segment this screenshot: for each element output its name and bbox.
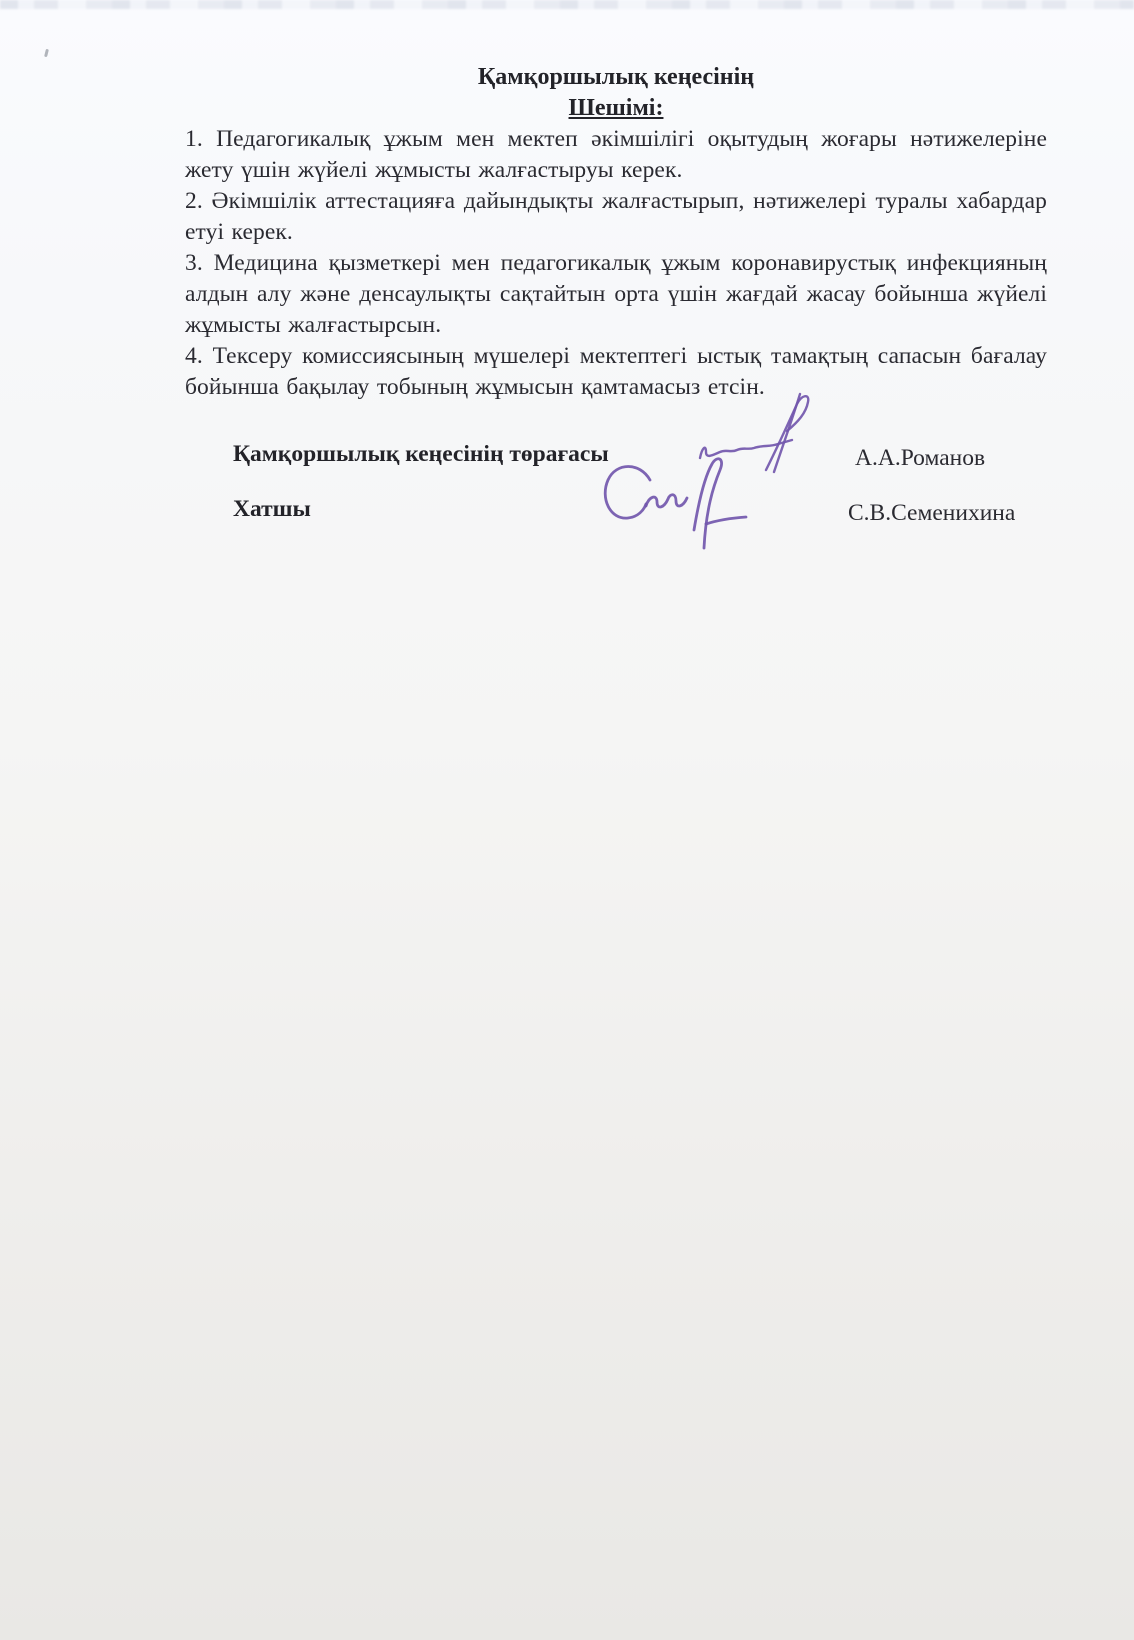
chairman-name: А.А.Романов [855,444,985,472]
secretary-name: С.В.Семенихина [848,499,1015,527]
scan-speck [44,49,49,57]
secretary-signature-icon [598,452,758,552]
chairman-role-label: Қамқоршылық кеңесінің төрағасы [233,440,609,468]
scanner-noise-band [0,0,1134,9]
document-title-line1: Қамқоршылық кеңесінің [478,64,754,90]
chairman-signature-icon [696,392,836,474]
decision-paragraph-4: 4. Тексеру комиссиясының мүшелері мектеп… [185,341,1047,403]
secretary-role-label: Хатшы [233,495,311,523]
decision-paragraph-3: 3. Медицина қызметкері мен педагогикалық… [185,248,1047,341]
decision-paragraph-2: 2. Әкімшілік аттестацияға дайындықты жал… [185,186,1047,248]
document-title-line2: Шешімі: [569,95,664,121]
document-title: Қамқоршылық кеңесінің Шешімі: [185,62,1047,124]
decision-paragraph-1: 1. Педагогикалық ұжым мен мектеп әкімшіл… [185,124,1047,186]
document-page: Қамқоршылық кеңесінің Шешімі: 1. Педагог… [185,62,1047,403]
